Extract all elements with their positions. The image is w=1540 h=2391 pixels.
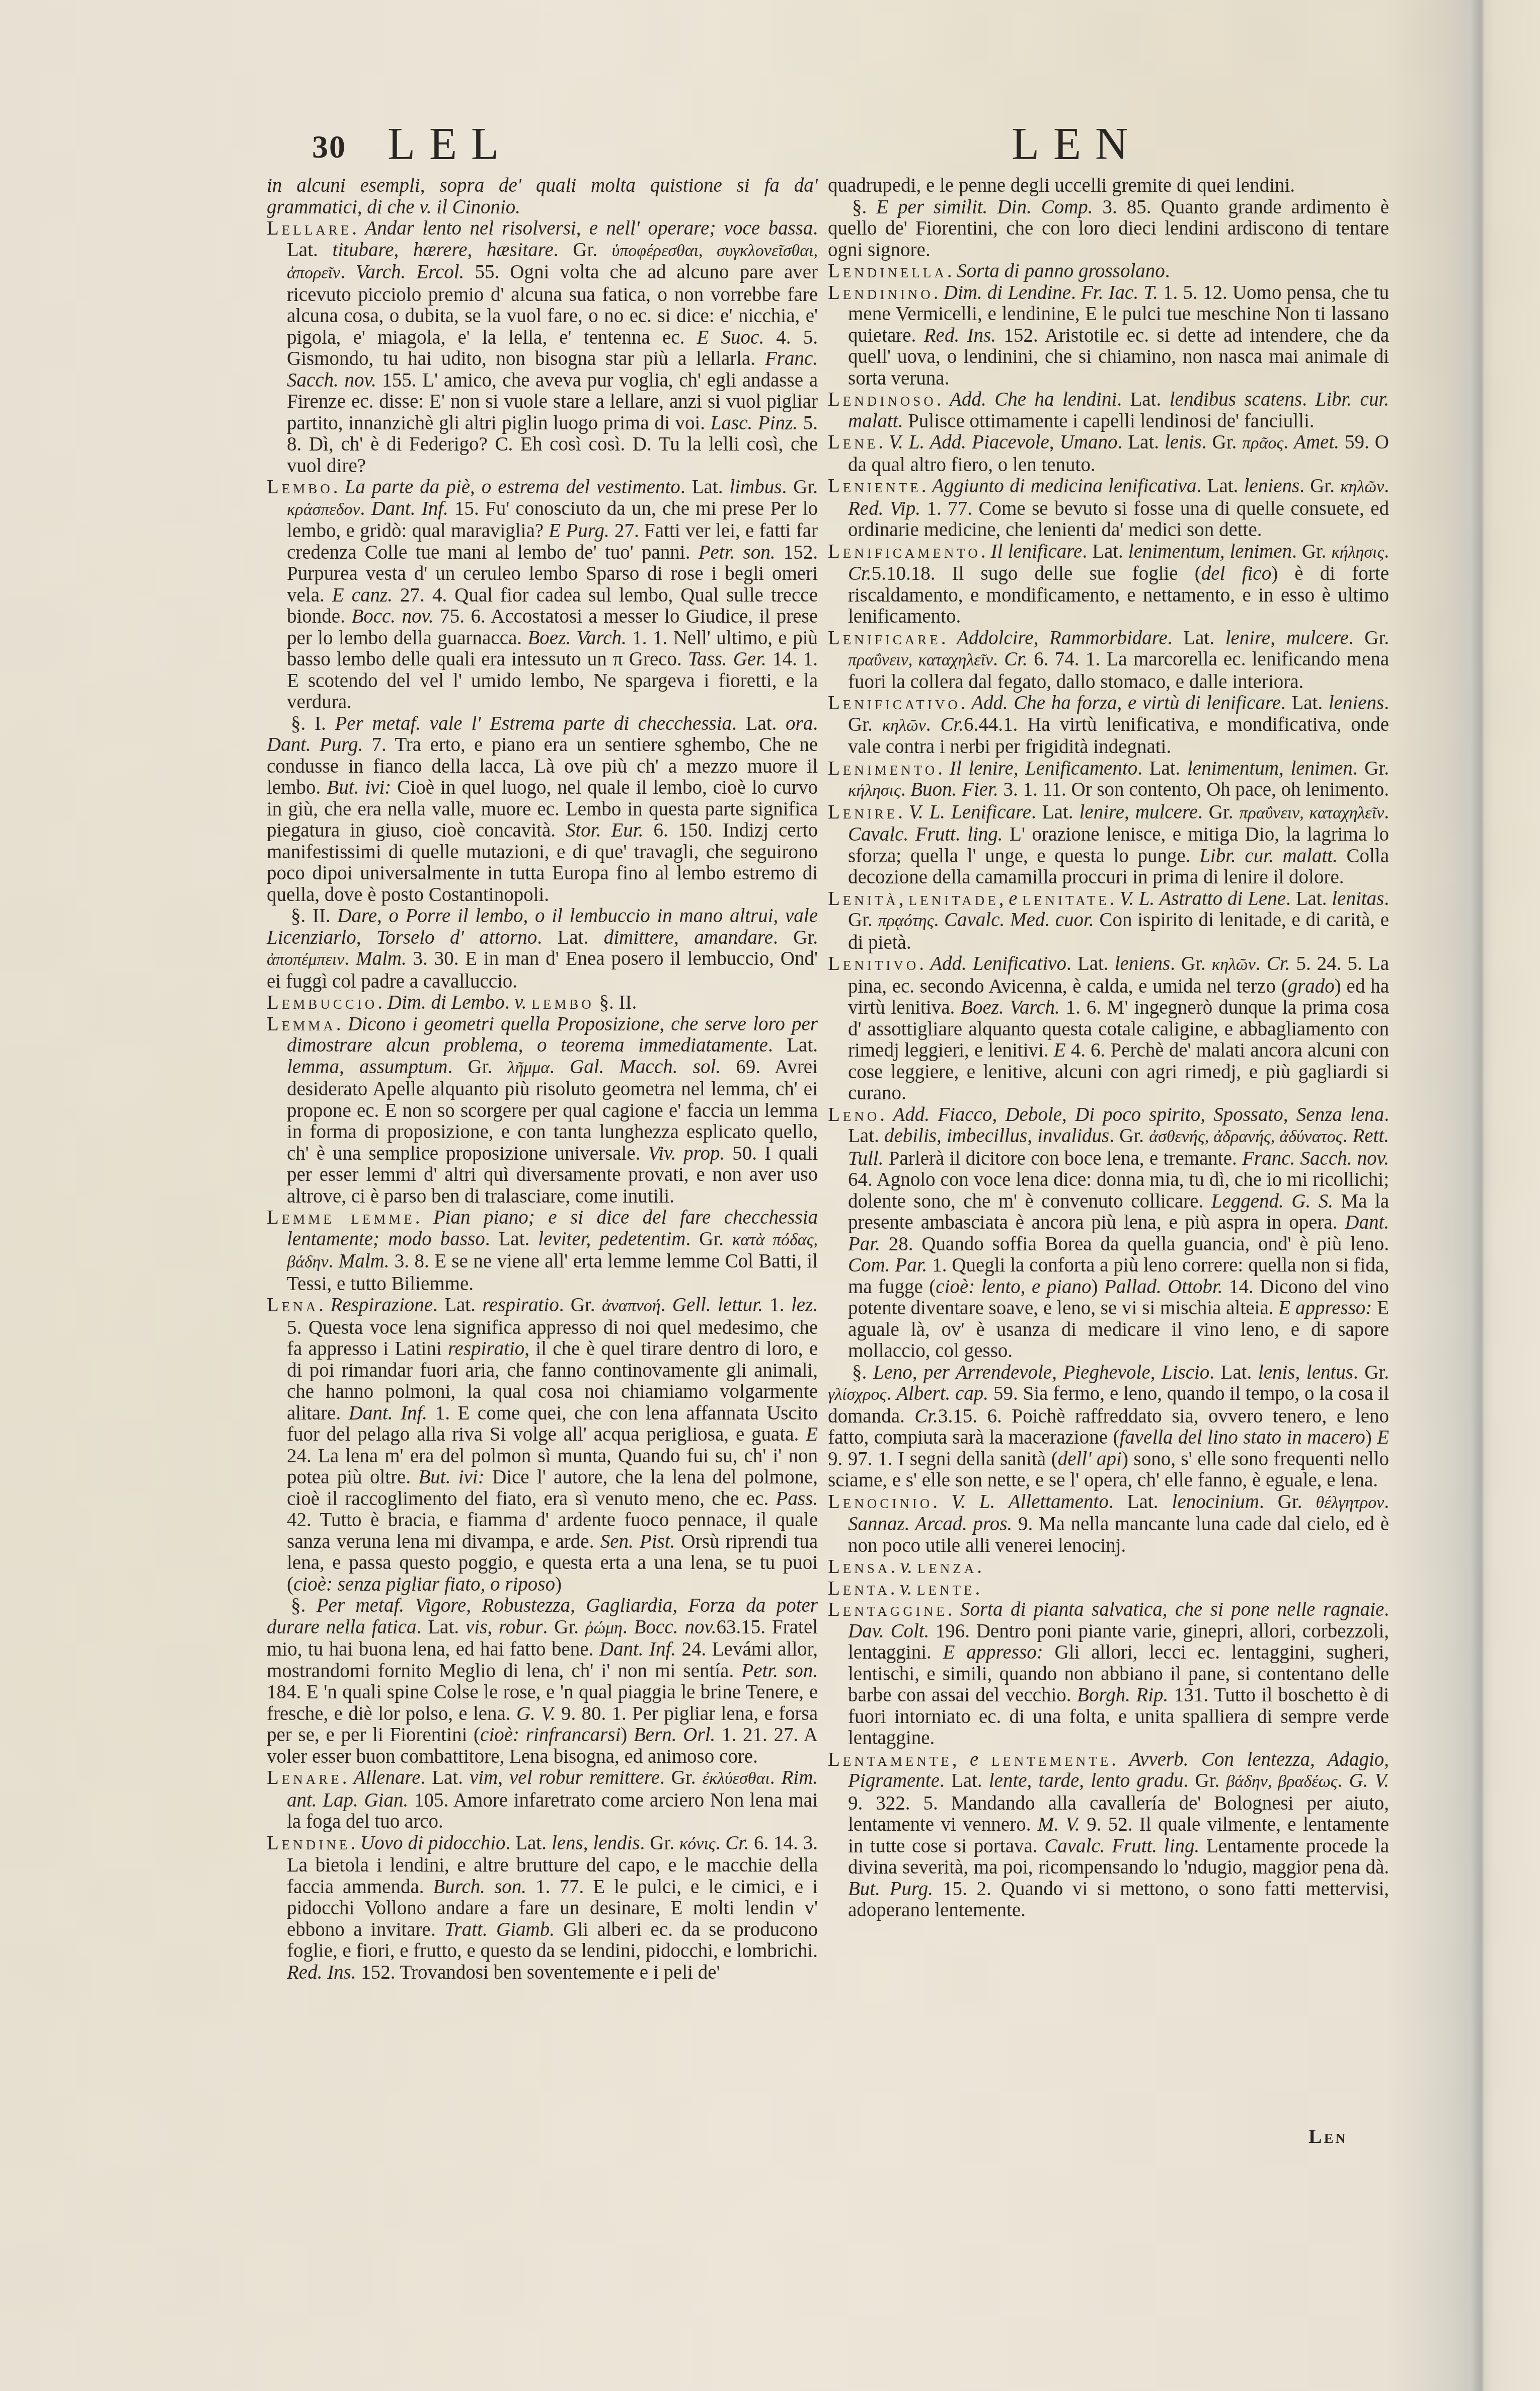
body-text: Pulisce ottimamente i capelli lendinosi … xyxy=(903,410,1314,432)
italic-text: lenire, mulcere xyxy=(1080,801,1198,823)
italic-text: Leno, per Arrendevole, Pieghevole, Lisci… xyxy=(873,1362,1210,1383)
italic-text: debilis, imbecillus, invalidus xyxy=(884,1125,1109,1147)
dictionary-subsense: §. Per metaf. Vigore, Robustezza, Gaglia… xyxy=(267,1595,818,1767)
italic-text: lens, lendis xyxy=(552,1832,640,1854)
body-text: . xyxy=(993,648,1004,670)
italic-text: Buon. Fier. xyxy=(910,779,998,800)
body-text: . xyxy=(938,758,949,779)
body-text: . xyxy=(1342,1125,1352,1147)
italic-text: Pallad. Ottobr. xyxy=(1104,1276,1223,1298)
italic-text: But. ivi: xyxy=(327,777,391,798)
dictionary-entry: Lensa. v. lenza. xyxy=(828,1556,1389,1578)
italic-text: Cr. xyxy=(914,1405,938,1427)
italic-text: Tass. Ger. xyxy=(688,648,766,670)
italic-text: Bocc. nov. xyxy=(634,1616,717,1638)
italic-text: Boez. Varch. xyxy=(961,997,1060,1018)
body-text: . xyxy=(890,1556,900,1578)
italic-text: Dant. Purg. xyxy=(267,734,363,756)
headword: lembo xyxy=(531,992,594,1013)
italic-text: Dicono i geometri quella Proposizione, c… xyxy=(287,1013,818,1057)
greek-gloss: θέλγητρον xyxy=(1316,1493,1384,1512)
italic-text: V. L. Add. Piacevole, Umano xyxy=(889,431,1117,453)
dictionary-entry: Lenta. v. lente. xyxy=(828,1578,1389,1600)
body-text: . xyxy=(926,714,941,735)
dictionary-entry: Lendine. Uovo di pidocchio. Lat. lens, l… xyxy=(267,1833,818,1984)
italic-text: Andar lento nel risolversi, e nell' oper… xyxy=(365,217,813,239)
body-text: , xyxy=(952,1749,970,1770)
greek-gloss: λῆμμα xyxy=(508,1059,550,1077)
body-text: . Lat. xyxy=(1031,801,1080,823)
dictionary-entry: Lellare. Andar lento nel risolversi, e n… xyxy=(267,218,818,477)
body-text: . xyxy=(1384,541,1389,562)
italic-text: dimittere, amandare xyxy=(604,927,773,948)
italic-text: Il lenire, Lenificamento xyxy=(950,758,1138,779)
italic-text: Red. Vip. xyxy=(848,498,920,519)
dictionary-entry: Lentamente, e lentemente. Avverb. Con le… xyxy=(828,1749,1389,1921)
body-text: ) xyxy=(555,1574,562,1595)
body-text: §. xyxy=(852,1362,873,1383)
headword: Leniente xyxy=(828,475,921,497)
italic-text: Aggiunto di medicina lenificativa xyxy=(932,475,1197,497)
italic-text: del fico xyxy=(1201,563,1271,584)
body-text: . Gr. xyxy=(1292,541,1331,562)
italic-text: favella del lino stato in macero xyxy=(1119,1427,1365,1448)
body-text: . xyxy=(333,476,345,498)
italic-text: But. Purg. xyxy=(848,1878,933,1900)
italic-text: E Suoc. xyxy=(697,327,764,348)
dictionary-entry: Lenare. Allenare. Lat. vim, vel robur re… xyxy=(267,1767,818,1833)
body-text: . Lat. xyxy=(1209,1362,1258,1383)
body-text: . xyxy=(948,1599,960,1620)
dictionary-entry: Lenocinio. V. L. Allettamento. Lat. leno… xyxy=(828,1491,1389,1557)
body-text: . xyxy=(934,909,945,931)
headword: Lemma xyxy=(267,1013,336,1035)
italic-text: v. xyxy=(900,1578,912,1599)
headword: Lenare xyxy=(267,1767,342,1788)
italic-text: lente, tarde, lento gradu xyxy=(989,1770,1184,1791)
body-text: . xyxy=(921,475,932,497)
italic-text: Malm. xyxy=(356,948,407,969)
italic-text: E per similit. Din. Comp. xyxy=(876,196,1093,218)
body-text: . xyxy=(415,1207,433,1228)
italic-text: lenire, mulcere xyxy=(1225,627,1349,649)
italic-text: in alcuni esempli, sopra de' quali molta… xyxy=(267,175,818,218)
body-text: §. II. xyxy=(594,992,637,1013)
italic-text: Red. Ins. xyxy=(924,325,996,346)
italic-text: But. ivi: xyxy=(418,1466,484,1488)
headword: Lembuccio xyxy=(267,992,377,1013)
headword: lentemente xyxy=(991,1749,1111,1770)
dictionary-entry: Lentaggine. Sorta di pianta salvatica, c… xyxy=(828,1599,1389,1749)
headword: Lendinino xyxy=(828,282,934,304)
greek-gloss: ἀναπνοή xyxy=(602,1297,661,1315)
body-text: . xyxy=(878,431,889,453)
body-text: . Gr. xyxy=(640,1832,679,1854)
italic-text: Sorta di pianta salvatica, che si pone n… xyxy=(960,1599,1384,1620)
body-text: . xyxy=(898,801,909,823)
body-text: . xyxy=(947,260,957,282)
italic-text: Gell. lettur. xyxy=(672,1294,763,1316)
greek-gloss: κήλησις xyxy=(848,781,901,800)
body-text: . xyxy=(342,1767,354,1788)
italic-text: v. xyxy=(900,1556,912,1578)
body-text: . xyxy=(340,261,356,283)
italic-text: lez. xyxy=(791,1294,818,1316)
body-text: . xyxy=(344,948,356,969)
dictionary-continuation: in alcuni esempli, sopra de' quali molta… xyxy=(267,175,818,218)
body-text: . xyxy=(941,627,957,649)
italic-text: vis, robur xyxy=(466,1616,543,1638)
italic-text: E xyxy=(806,1424,818,1445)
italic-text: Com. Par. xyxy=(848,1254,927,1276)
italic-text: Addolcire, Rammorbidare xyxy=(957,627,1168,649)
dictionary-entry: Lendinella. Sorta di panno grossolano. xyxy=(828,261,1389,282)
italic-text: leviter, pedetentim xyxy=(538,1228,685,1250)
italic-text: Dim. di Lembo xyxy=(388,992,505,1013)
body-text: §. xyxy=(291,1595,317,1616)
dictionary-entry: Lemme lemme. Pian piano; e si dice del f… xyxy=(267,1207,818,1295)
dictionary-subsense: §. II. Dare, o Porre il lembo, o il lemb… xyxy=(267,906,818,992)
dictionary-entry: Lena. Respirazione. Lat. respiratio. Gr.… xyxy=(267,1295,818,1595)
body-text: . xyxy=(977,1556,982,1578)
body-text: , xyxy=(999,888,1009,910)
body-text: . xyxy=(377,992,388,1013)
italic-text: lenimentum, lenimen xyxy=(1128,541,1292,562)
italic-text: lenimentum, lenimen xyxy=(1187,758,1353,779)
dictionary-entry: Lenimento. Il lenire, Lenificamento. Lat… xyxy=(828,758,1389,802)
italic-text: ora xyxy=(786,713,813,734)
dictionary-entry: Lembo. La parte da piè, o estrema del ve… xyxy=(267,477,818,713)
body-text: . Gr. xyxy=(448,1056,508,1078)
italic-text: Allenare xyxy=(354,1767,421,1788)
body-text: 1. xyxy=(763,1294,791,1316)
italic-text: lendibus scatens xyxy=(1170,389,1302,410)
headword: Leno xyxy=(828,1104,880,1126)
dictionary-entry: Lendinoso. Add. Che ha lendini. Lat. len… xyxy=(828,389,1389,432)
headword: Lenimento xyxy=(828,758,938,779)
headword: Lendine xyxy=(267,1832,350,1854)
body-text: , xyxy=(899,888,909,910)
headword: Lenta xyxy=(828,1578,890,1599)
italic-text: E Purg. xyxy=(549,520,609,542)
body-text: . xyxy=(961,692,971,714)
body-text: . Lat. xyxy=(1197,475,1244,497)
body-text: . xyxy=(919,953,930,975)
italic-text: G. V. xyxy=(1349,1770,1389,1791)
italic-text: Dav. Colt. xyxy=(848,1620,929,1642)
body-text: Parlerà il dicitore con boce lena, e tre… xyxy=(883,1148,1242,1169)
body-text: . xyxy=(770,1767,782,1788)
italic-text: Cavalc. Frutt. ling. xyxy=(1044,1835,1199,1857)
body-text: . xyxy=(550,1056,570,1078)
body-text: 28. Quando soffia Borea da quella guanci… xyxy=(880,1233,1389,1255)
body-text: . Lat. xyxy=(506,1832,552,1854)
page-header: 30 LEL LEN xyxy=(0,118,1540,174)
italic-text: E appresso: xyxy=(1278,1297,1372,1319)
italic-text: Per metaf. vale l' Estrema parte di chec… xyxy=(335,713,732,734)
body-text: §. II. xyxy=(291,905,337,927)
body-text: . Gr. xyxy=(660,1767,703,1788)
italic-text: Red. Ins. xyxy=(287,1962,356,1983)
dictionary-entry: Lenità, lenitade, e lenitate. V. L. Astr… xyxy=(828,888,1389,954)
italic-text: E appresso: xyxy=(943,1641,1043,1663)
italic-text: Albert. cap. xyxy=(896,1383,988,1404)
body-text: . Gr. xyxy=(1109,1125,1149,1147)
body-text: . xyxy=(1384,801,1389,823)
body-text: . xyxy=(1384,1491,1389,1513)
italic-text: lenis xyxy=(1165,431,1202,453)
dictionary-entry: Lendinino. Dim. di Lendine. Fr. Iac. T. … xyxy=(828,282,1389,390)
headword: Lendinoso xyxy=(828,389,937,410)
body-text: . Lat. xyxy=(732,713,786,734)
italic-text: Dim. di Lendine xyxy=(944,282,1071,304)
dictionary-subsense: §. E per similit. Din. Comp. 3. 85. Quan… xyxy=(828,197,1389,261)
body-text: 3. 1. 11. Or son contento, Oh pace, oh l… xyxy=(998,779,1389,800)
body-text: 152. Trovandosi ben soventemente e i pel… xyxy=(356,1962,720,1983)
body-text: . xyxy=(319,1294,330,1316)
italic-text: Tratt. Giamb. xyxy=(444,1919,555,1940)
body-text: ) xyxy=(1365,1427,1377,1448)
body-text: . Lat. xyxy=(1281,692,1329,714)
italic-text: Sannaz. Arcad. pros. xyxy=(848,1513,1012,1535)
body-text: . Lat. xyxy=(537,927,603,948)
body-text xyxy=(978,1749,991,1770)
body-text: . xyxy=(1283,431,1294,453)
headword: Lensa xyxy=(828,1556,890,1578)
body-text: . xyxy=(933,1491,951,1513)
body-text: . xyxy=(1071,282,1081,304)
body-text: . xyxy=(350,1832,360,1854)
italic-text: Fr. Iac. T. xyxy=(1081,282,1158,304)
italic-text: lenitas xyxy=(1332,888,1384,910)
italic-text: Add. Lenificativo xyxy=(930,953,1066,975)
body-text: . Gr. xyxy=(1299,475,1340,497)
italic-text: e xyxy=(970,1749,978,1770)
body-text: . Lat. xyxy=(1109,1491,1172,1513)
dictionary-entry: Lembuccio. Dim. di Lembo. v. lembo §. II… xyxy=(267,992,818,1014)
italic-text: respiratio xyxy=(448,1338,524,1360)
body-text: . xyxy=(880,1104,893,1126)
body-text: . xyxy=(1384,475,1389,497)
body-text: . xyxy=(336,1013,348,1035)
body-text: 9. 97. 1. I segni della sanità ( xyxy=(828,1448,1058,1470)
greek-gloss: κήλησις xyxy=(1331,543,1384,562)
greek-gloss: κόνις xyxy=(679,1835,716,1853)
italic-text: Il lenificare xyxy=(991,541,1083,562)
body-text: §. I. xyxy=(291,713,335,734)
body-text: . xyxy=(981,541,991,562)
body-text: . Gr. xyxy=(1184,1770,1226,1791)
body-text: . Gr. xyxy=(559,1294,602,1316)
body-text: . xyxy=(886,1383,896,1404)
body-text: . Gr. xyxy=(1353,758,1389,779)
body-text: . xyxy=(890,1578,900,1599)
italic-text: Pass. xyxy=(776,1488,818,1510)
italic-text: Lasc. Pinz. xyxy=(711,412,798,434)
italic-text: Dant. Inf. xyxy=(349,1402,427,1424)
dictionary-entry: Lenificamento. Il lenificare. Lat. lenim… xyxy=(828,541,1389,628)
italic-text: dell' api xyxy=(1058,1448,1122,1470)
italic-text: Libr. cur. malatt. xyxy=(1199,845,1338,867)
italic-text: v. xyxy=(514,992,526,1013)
body-text: . xyxy=(934,282,944,304)
italic-text: Sen. Pist. xyxy=(600,1531,675,1552)
body-text: . Gr. xyxy=(1202,431,1243,453)
greek-gloss: πρᾶος xyxy=(1242,434,1283,453)
body-text xyxy=(912,1578,917,1599)
italic-text: Gal. Macch. sol. xyxy=(570,1056,721,1078)
italic-text: Cavalc. Med. cuor. xyxy=(944,909,1094,931)
italic-text: V. L. Lenificare xyxy=(909,801,1031,823)
italic-text: Malm. xyxy=(339,1250,390,1272)
page-number: 30 xyxy=(312,128,346,166)
italic-text: titubare, hærere, hæsitare xyxy=(332,239,553,261)
dictionary-entry: Lenitivo. Add. Lenificativo. Lat. lenien… xyxy=(828,953,1389,1104)
italic-text: Petr. son. xyxy=(699,542,776,563)
body-text: . Lat. xyxy=(1066,953,1115,975)
body-text: . xyxy=(937,389,950,410)
body-text: . Lat. xyxy=(1117,431,1165,453)
body-text: ) xyxy=(1092,1276,1104,1298)
italic-text: Boez. Varch. xyxy=(528,627,627,649)
body-text: . Gr. xyxy=(782,476,818,498)
body-text: . Lat. xyxy=(485,1228,538,1250)
headword: lenitade xyxy=(908,888,998,910)
body-text: . Gr. xyxy=(1170,953,1212,975)
body-text: quadrupedi, e le penne degli uccelli gre… xyxy=(828,175,1295,196)
right-column: quadrupedi, e le penne degli uccelli gre… xyxy=(828,175,1389,1921)
italic-text: e xyxy=(1009,888,1017,910)
italic-text: limbus xyxy=(729,476,782,498)
italic-text: Cr. xyxy=(848,563,872,584)
italic-text: Respirazione xyxy=(330,1294,433,1316)
greek-gloss: βάδην, βραδέως xyxy=(1226,1772,1337,1791)
greek-gloss: πραΰνειν, καταχηλεῖν xyxy=(848,651,993,669)
body-text: . Gr. xyxy=(1259,1491,1316,1513)
body-text: . xyxy=(661,1294,672,1316)
running-head-right: LEN xyxy=(1012,118,1142,170)
italic-text: M. V. xyxy=(1038,1814,1080,1835)
italic-text: Petr. son. xyxy=(741,1660,818,1682)
headword: Lenitivo xyxy=(828,953,919,975)
body-text: . xyxy=(360,498,371,519)
italic-text: Sorta di panno grossolano xyxy=(957,260,1165,282)
italic-text: Stor. Eur. xyxy=(566,819,643,841)
body-text: . xyxy=(1337,1770,1349,1791)
headword: Lenificamento xyxy=(828,541,981,562)
italic-text: cioè: lento, e piano xyxy=(936,1276,1091,1298)
italic-text: Cr. xyxy=(1004,648,1028,670)
body-text: . Lat. xyxy=(417,1616,466,1638)
greek-gloss: ἀποπέμπειν xyxy=(267,950,344,969)
body-text: 5.10.18. Il sugo delle sue foglie ( xyxy=(872,563,1201,584)
greek-gloss: κηλῶν xyxy=(882,716,926,735)
headword: Lene xyxy=(828,431,878,453)
italic-text: E canz. xyxy=(332,584,393,606)
italic-text: Amet. xyxy=(1294,431,1339,453)
italic-text: Viv. prop. xyxy=(648,1143,725,1164)
italic-text: lemma, assumptum xyxy=(287,1056,448,1078)
italic-text: E xyxy=(1054,1039,1066,1061)
catchword: Len xyxy=(1308,2124,1348,2148)
dictionary-entry: Leno. Add. Fiacco, Debole, Di poco spiri… xyxy=(828,1104,1389,1362)
body-text: . xyxy=(1384,1599,1389,1620)
italic-text: Add. Fiacco, Debole, Di poco spirito, Sp… xyxy=(893,1104,1384,1126)
dictionary-subsense: §. I. Per metaf. vale l' Estrema parte d… xyxy=(267,713,818,906)
headword: Lenocinio xyxy=(828,1491,933,1513)
italic-text: Cr. xyxy=(940,714,964,735)
headword: Lemme lemme xyxy=(267,1207,415,1228)
body-text xyxy=(1018,888,1023,910)
italic-text: Bocc. nov. xyxy=(351,606,433,627)
italic-text: V. L. Astratto di Lene xyxy=(1119,888,1286,910)
headword: Lendinella xyxy=(828,260,947,282)
headword: Lellare xyxy=(267,217,352,239)
body-text: . xyxy=(813,713,818,734)
italic-text: Franc. Sacch. nov. xyxy=(1242,1148,1389,1169)
greek-gloss: πραΰνειν, καταχηλεῖν xyxy=(1240,804,1384,823)
italic-text: vim, vel robur remittere xyxy=(470,1767,660,1788)
italic-text: Bern. Orl. xyxy=(634,1724,715,1746)
headword: Lentamente xyxy=(828,1749,952,1770)
body-text: . xyxy=(623,1616,634,1638)
italic-text: respiratio xyxy=(482,1294,559,1316)
body-text: . xyxy=(716,1832,726,1854)
body-text xyxy=(526,992,531,1013)
italic-text: Add. Che ha forza, e virtù di lenificare xyxy=(971,692,1281,714)
headword: lente xyxy=(917,1578,975,1599)
italic-text: Dant. Inf. xyxy=(599,1638,676,1660)
greek-gloss: ῥώμη xyxy=(585,1619,623,1637)
body-text: . Lat. xyxy=(1117,389,1169,410)
body-text: . xyxy=(1111,1749,1129,1770)
italic-text: Cr. xyxy=(1267,953,1290,975)
italic-text: leniens xyxy=(1329,692,1384,714)
italic-text: Burch. son. xyxy=(433,1876,527,1898)
dictionary-entry: Lemma. Dicono i geometri quella Proposiz… xyxy=(267,1014,818,1208)
dictionary-entry: Lenificare. Addolcire, Rammorbidare. Lat… xyxy=(828,628,1389,693)
body-text: . Gr. xyxy=(1349,627,1389,649)
italic-text: cioè: rinfrancarsi xyxy=(480,1724,621,1746)
greek-gloss: κράσπεδον xyxy=(287,500,360,519)
headword: Lembo xyxy=(267,476,333,498)
italic-text: Cr. xyxy=(725,1832,749,1854)
body-text: . xyxy=(1165,260,1170,282)
italic-text: cioè: senza pigliar fiato, o riposo xyxy=(293,1574,555,1595)
body-text: . Lat. xyxy=(1286,888,1332,910)
italic-text: Add. Che ha lendini xyxy=(950,389,1117,410)
italic-text: E xyxy=(1377,1427,1389,1448)
italic-text: Uovo di pidocchio xyxy=(360,1832,506,1854)
headword: Lenificativo xyxy=(828,692,961,714)
greek-gloss: γλίσχρος xyxy=(828,1385,886,1404)
italic-text: leniens xyxy=(1244,475,1299,497)
body-text: . Gr. xyxy=(554,239,612,261)
greek-gloss: πρᾳότης xyxy=(878,912,934,930)
italic-text: G. V. xyxy=(516,1703,556,1725)
italic-text: lenocinium xyxy=(1172,1491,1259,1513)
body-text: ) xyxy=(621,1724,634,1746)
body-text: . Lat. xyxy=(940,1770,989,1791)
left-column: in alcuni esempli, sopra de' quali molta… xyxy=(267,175,818,1983)
running-head-left: LEL xyxy=(388,118,513,170)
body-text: . Gr. xyxy=(685,1228,732,1250)
body-text: . Lat. xyxy=(1168,627,1225,649)
headword: Lena xyxy=(267,1294,319,1316)
headword: lenza xyxy=(917,1556,977,1578)
body-text: . Lat. xyxy=(680,476,730,498)
body-text: . Lat. xyxy=(420,1767,470,1788)
